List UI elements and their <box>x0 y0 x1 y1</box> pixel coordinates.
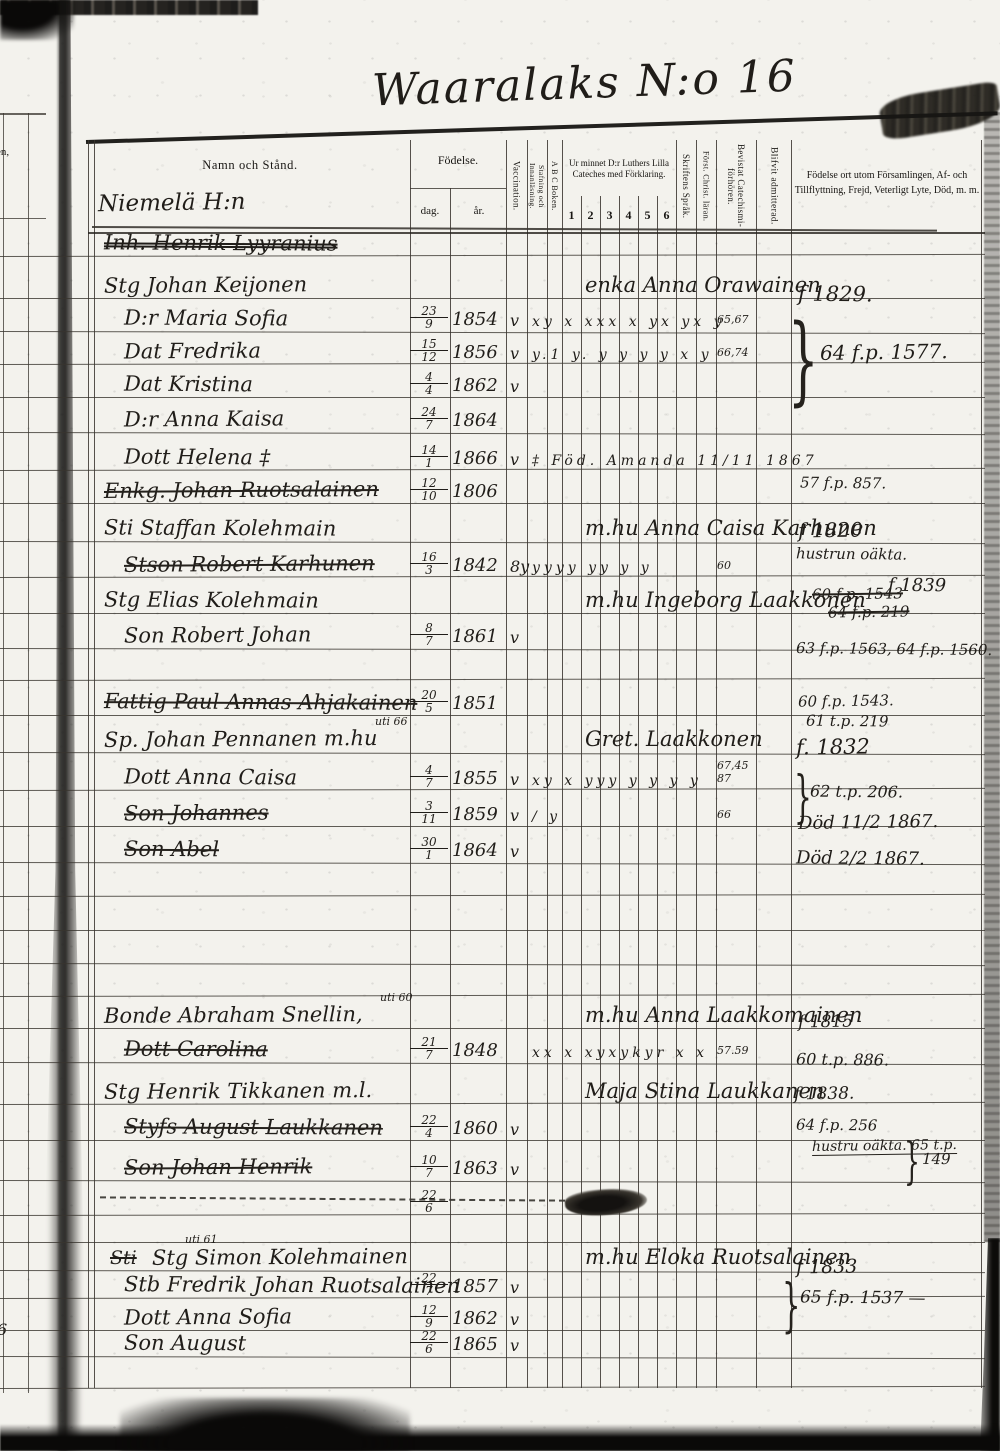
ledger-row: Inh. Henrik Lyyranius <box>0 226 1000 256</box>
vaccination-mark: v <box>510 806 519 825</box>
cateches-marks: xy x xxx x yx yx y <box>532 314 726 330</box>
birth-year: 1855 <box>452 768 498 789</box>
margin-note: 61 t.p. 219 <box>806 712 889 731</box>
person-name: Bonde Abraham Snellin, <box>104 1002 363 1028</box>
column-header-name: Namn och Stånd. <box>120 150 380 180</box>
person-name: Sp. Johan Pennanen m.hu <box>104 726 378 752</box>
spouse-name: enka Anna Orawainen <box>585 273 821 297</box>
margin-note: f 1829. <box>798 282 873 307</box>
ink-smudge <box>564 1185 648 1218</box>
birth-date: 1210 <box>410 477 448 502</box>
person-name: Stson Robert Karhunen <box>124 551 375 577</box>
vaccination-mark: v <box>510 842 519 861</box>
column-header-catechism: Ur minnet D:r Luthers Lilla Cateches med… <box>563 142 675 196</box>
person-name: Sti Staffan Kolehmain <box>104 515 336 540</box>
person-name: Fattig Paul Annas Ahjakainen <box>104 689 417 715</box>
scanned-parish-register-page: en, 6 Waaralaks N:o 16 Namn och Stånd. F… <box>0 0 1000 1451</box>
person-name: Dott Helena ‡ <box>124 445 270 470</box>
previous-page-text-fragment: en, <box>0 146 9 158</box>
ledger-row: D:r Anna Kaisa2471864 <box>0 402 1000 432</box>
brace-icon: } <box>904 1136 920 1186</box>
exam-grades: 65,67 <box>717 314 761 326</box>
cateches-marks: y.1 y. y y y y x y <box>532 347 713 363</box>
vaccination-mark: v <box>510 344 519 363</box>
exam-grades: 57.59 <box>717 1045 761 1057</box>
birth-date: 227 <box>410 1272 448 1297</box>
person-name: Dott Anna Caisa <box>124 765 297 790</box>
page-title: Waaralaks N:o 16 <box>371 51 797 117</box>
interlinear-note: uti 66 <box>375 715 408 728</box>
birth-year: 1860 <box>452 1118 498 1139</box>
ruled-line <box>0 1180 985 1183</box>
birth-year: 1854 <box>452 309 498 330</box>
column-header-birth-year: år. <box>452 198 506 224</box>
birth-year: 1856 <box>452 342 498 363</box>
ledger-row: Dott Helena ‡1411866v‡ Föd. Amanda 11/11… <box>0 440 1000 470</box>
birth-year: 1857 <box>452 1276 498 1297</box>
interlinear-note: uti 60 <box>380 991 413 1004</box>
birth-date: 44 <box>410 371 448 396</box>
person-name: Son Abel <box>124 837 219 861</box>
column-header-vaccination: Vaccination. <box>506 142 527 230</box>
scan-blotch-bottom-left <box>120 1398 410 1451</box>
column-header-birth-day: dag. <box>410 198 450 224</box>
margin-note: 149 <box>922 1150 951 1168</box>
cateches-marks: / y <box>532 809 561 825</box>
vaccination-mark: v <box>510 311 519 330</box>
margin-note: 62 t.p. 206. <box>810 782 903 802</box>
birth-date: 239 <box>410 305 448 330</box>
birth-year: 1842 <box>452 555 498 576</box>
exam-grades: 66,74 <box>717 347 761 359</box>
margin-note: 64 f.p. 219 <box>828 602 910 621</box>
person-name: Enkg. Johan Ruotsalainen <box>104 477 379 503</box>
vaccination-mark: v <box>510 1120 519 1139</box>
brace-icon: } <box>788 312 819 408</box>
birth-date: 47 <box>410 764 448 789</box>
vaccination-mark: v <box>510 628 519 647</box>
margin-note: Död 11/2 1867. <box>798 811 938 834</box>
exam-grades: 67,45 87 <box>717 760 761 785</box>
column-header-spelling-reading: Stafning och Innanläsning. <box>527 142 547 230</box>
birth-year: 1848 <box>452 1040 498 1061</box>
birth-date: 217 <box>410 1036 448 1061</box>
ruled-line <box>0 894 985 897</box>
margin-note: 64 f.p. 1577. <box>820 339 948 365</box>
column-header-attended-examinations: Bevistat Catechismi-förhören. <box>716 142 756 230</box>
brace-icon: } <box>782 1276 800 1334</box>
exam-grades: 60 <box>717 560 761 572</box>
column-header-birth: Födelse. <box>410 148 506 172</box>
ruled-line <box>0 963 985 966</box>
person-name: D:r Anna Kaisa <box>124 406 284 431</box>
person-name: Son August <box>124 1331 246 1356</box>
cateches-marks: xy x yyy y y y y <box>532 773 702 789</box>
farm-heading: Niemelä H:n <box>98 189 246 218</box>
vaccination-mark: v <box>510 377 519 396</box>
cateches-marks: ‡ Föd. Amanda 11/11 1867 <box>532 453 818 469</box>
vaccination-mark: v <box>510 450 519 469</box>
column-header-first-christendom: Först. Christ. läran. <box>696 142 716 230</box>
header-divider <box>410 188 506 189</box>
birth-date: 311 <box>410 800 448 825</box>
table-top-border <box>86 111 998 144</box>
person-name: Son Robert Johan <box>124 622 312 647</box>
person-name: Inh. Henrik Lyyranius <box>104 230 338 255</box>
ruled-line <box>0 1386 985 1389</box>
birth-date: 141 <box>410 444 448 469</box>
column-header-admitted: Blifvit admitterad. <box>756 142 791 230</box>
birth-date: 163 <box>410 551 448 576</box>
margin-note: 63 f.p. 1563, 64 f.p. 1560. <box>796 639 992 659</box>
spouse-name: Gret. Laakkonen <box>585 727 763 751</box>
ruled-line <box>0 1356 985 1359</box>
spouse-name: Maja Stina Laukkanen <box>585 1079 824 1103</box>
birth-date: 301 <box>410 836 448 861</box>
margin-note: f 1839 <box>888 575 946 597</box>
person-name: Dat Kristina <box>124 372 253 397</box>
birth-year: 1865 <box>452 1334 498 1355</box>
exam-grades: 66 <box>717 809 761 821</box>
birth-year: 1866 <box>452 448 498 469</box>
ruled-line <box>0 432 985 435</box>
birth-date: 247 <box>410 406 448 431</box>
ruled-line <box>0 678 985 681</box>
birth-year: 1862 <box>452 375 498 396</box>
birth-year: 1864 <box>452 840 498 861</box>
margin-note: f 1815 <box>798 1012 853 1033</box>
birth-date: 226 <box>410 1189 448 1214</box>
vaccination-mark: v <box>510 1336 519 1355</box>
person-name: Stg Simon Kolehmainen <box>152 1244 408 1270</box>
cateches-marks: yyyy yy y y <box>532 560 653 576</box>
column-header-notes: Födelse ort utom Församlingen, Af- och T… <box>794 150 980 216</box>
birth-date: 1512 <box>410 338 448 363</box>
margin-note: 57 f.p. 857. <box>800 474 886 493</box>
birth-year: 1806 <box>452 481 498 502</box>
birth-date: 226 <box>410 1330 448 1355</box>
ledger-row: Dat Kristina441862v <box>0 367 1000 397</box>
birth-date: 87 <box>410 622 448 647</box>
birth-date: 205 <box>410 689 448 714</box>
birth-date: 224 <box>410 1114 448 1139</box>
vaccination-mark: v <box>510 770 519 789</box>
birth-year: 1859 <box>452 804 498 825</box>
vaccination-mark: 8y <box>510 557 529 576</box>
person-name: D:r Maria Sofia <box>124 306 288 331</box>
margin-note: f 1838. <box>794 1084 855 1105</box>
person-name: Dat Fredrika <box>124 339 261 364</box>
person-name: Son Johan Henrik <box>124 1154 312 1179</box>
column-header-scripture: Skriftens Språk. <box>676 142 696 230</box>
margin-note: Död 2/2 1867. <box>796 847 925 869</box>
margin-note: f 1820 <box>798 518 863 543</box>
ruled-line <box>0 930 985 931</box>
birth-date: 107 <box>410 1154 448 1179</box>
vaccination-mark: v <box>510 1160 519 1179</box>
birth-year: 1863 <box>452 1158 498 1179</box>
margin-note: 65 f.p. 1537 — <box>800 1287 926 1308</box>
vaccination-mark: v <box>510 1278 519 1297</box>
margin-note: 60 t.p. 886. <box>796 1050 889 1070</box>
margin-note: hustrun oäkta. <box>796 544 907 563</box>
person-name: Stg Henrik Tikkanen m.l. <box>104 1078 372 1104</box>
ledger-row: 226 <box>0 1185 1000 1215</box>
ruled-line <box>0 503 985 504</box>
person-name: Styfs August Laukkanen <box>124 1114 383 1139</box>
ruled-line <box>0 397 985 398</box>
struck-prefix: Sti <box>110 1247 137 1269</box>
margin-note: 60 f.p. 1543. <box>798 691 894 710</box>
ruled-line <box>0 994 985 997</box>
margin-note: 64 f.p. 256 <box>796 1116 878 1135</box>
person-name: Son Johannes <box>124 800 269 825</box>
cateches-marks: xx x xyxykyr x x <box>532 1045 708 1061</box>
birth-year: 1864 <box>452 410 498 431</box>
birth-year: 1851 <box>452 693 498 714</box>
margin-note: f. 1832 <box>796 734 870 759</box>
person-name: Dott Carolina <box>124 1037 268 1062</box>
person-name: Stg Johan Keijonen <box>104 272 307 297</box>
person-name: Stg Elias Kolehmain <box>104 587 319 612</box>
birth-year: 1861 <box>452 626 498 647</box>
margin-note: f 1833 <box>796 1256 858 1279</box>
ledger-row: Son August2261865v <box>0 1326 1000 1356</box>
interlinear-note: uti 61 <box>185 1233 218 1246</box>
column-header-abc-book: A B C Boken. <box>547 142 562 230</box>
